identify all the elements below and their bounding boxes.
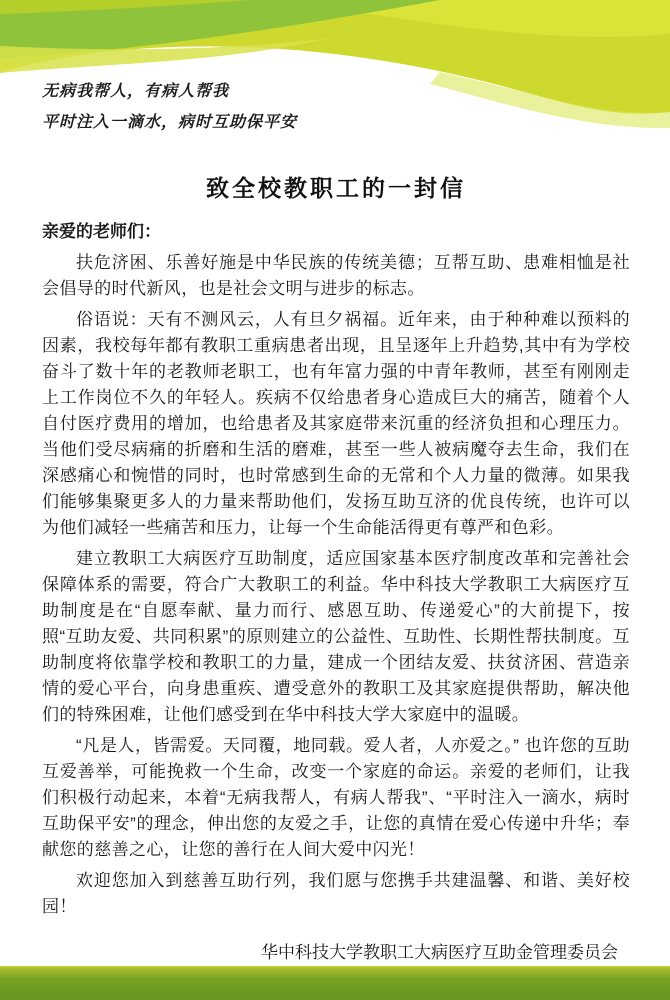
letter-page: 无病我帮人，有病人帮我 平时注入一滴水，病时互助保平安 致全校教职工的一封信 亲… (0, 0, 670, 1000)
paragraph-3: 建立教职工大病医疗互助制度，适应国家基本医疗制度改革和完善社会保障体系的需要，符… (42, 546, 630, 728)
paragraph-1: 扶危济困、乐善好施是中华民族的传统美德；互帮互助、患难相恤是社会倡导的时代新风，… (42, 250, 630, 302)
signature-committee: 华中科技大学教职工大病医疗互助金管理委员会 (42, 938, 618, 968)
paragraph-4: “凡是人，皆需爱。天同覆，地同载。爱人者，人亦爱之。” 也许您的互助互爱善举，可… (42, 733, 630, 863)
paragraph-2: 俗语说：天有不测风云，人有旦夕祸福。近年来，由于种种难以预料的因素，我校每年都有… (42, 307, 630, 541)
letter-greeting: 亲爱的老师们： (42, 219, 630, 245)
footer-green-band (0, 966, 670, 1000)
slogan-line-1: 无病我帮人，有病人帮我 (42, 76, 630, 107)
letter-body: 无病我帮人，有病人帮我 平时注入一滴水，病时互助保平安 致全校教职工的一封信 亲… (42, 76, 630, 998)
slogan-line-2: 平时注入一滴水，病时互助保平安 (42, 107, 630, 138)
header-slogan: 无病我帮人，有病人帮我 平时注入一滴水，病时互助保平安 (42, 76, 630, 138)
paragraph-5: 欢迎您加入到慈善互助行列，我们愿与您携手共建温馨、和谐、美好校园！ (42, 868, 630, 920)
letter-title: 致全校教职工的一封信 (42, 170, 630, 203)
